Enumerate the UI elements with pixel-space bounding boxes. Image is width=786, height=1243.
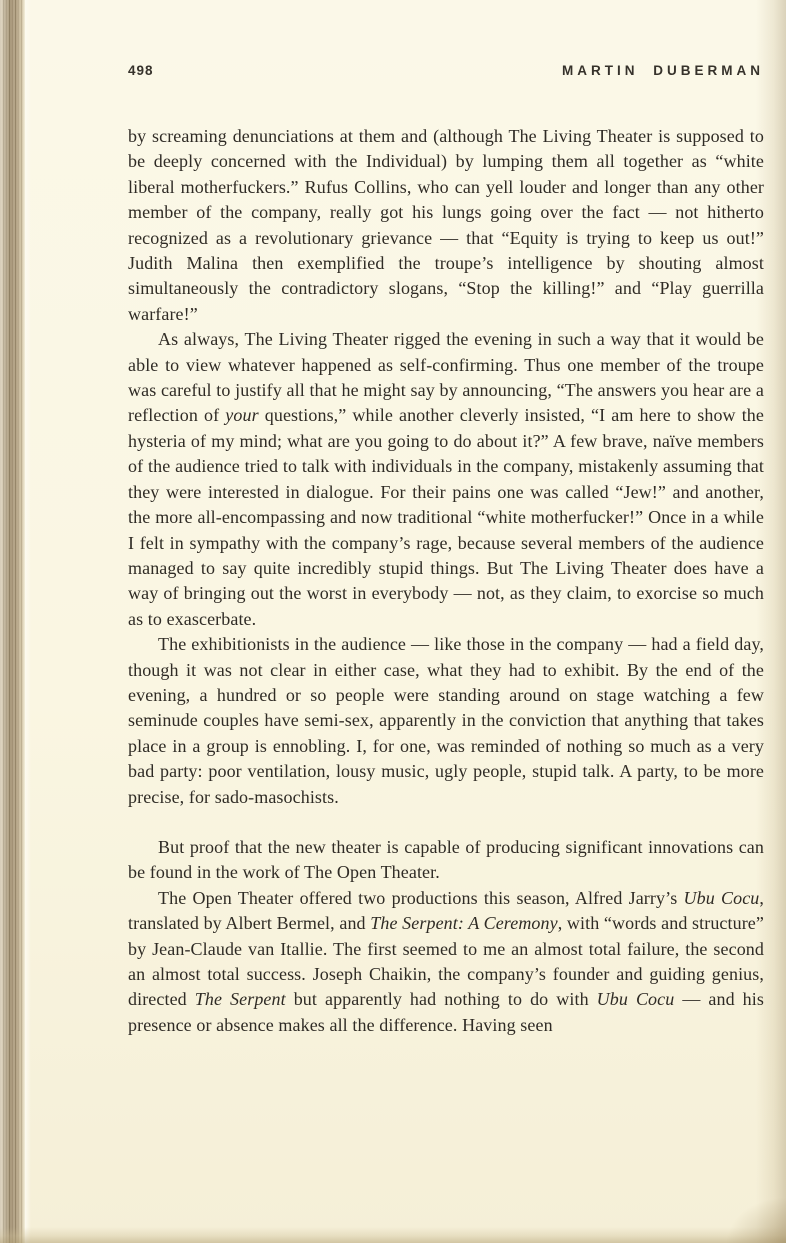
page-bottom-corner-shadow bbox=[726, 1197, 786, 1243]
running-header-author: MARTIN DUBERMAN bbox=[562, 63, 764, 78]
page-bottom-edge bbox=[0, 1227, 786, 1243]
page-body: by screaming denunciations at them and (… bbox=[128, 124, 764, 1038]
italic-text-segment: Ubu Cocu bbox=[684, 888, 760, 908]
binding-highlight bbox=[25, 0, 31, 1243]
text-segment: The exhibitionists in the audience — lik… bbox=[128, 634, 764, 806]
running-head: 498 MARTIN DUBERMAN bbox=[128, 63, 764, 78]
text-segment: by screaming denunciations at them and (… bbox=[128, 126, 764, 324]
paragraph: But proof that the new theater is capabl… bbox=[128, 835, 764, 886]
text-segment: The Open Theater offered two productions… bbox=[158, 888, 684, 908]
paragraph: As always, The Living Theater rigged the… bbox=[128, 327, 764, 632]
book-page-scan: 498 MARTIN DUBERMAN by screaming denunci… bbox=[0, 0, 786, 1243]
paragraph: by screaming denunciations at them and (… bbox=[128, 124, 764, 327]
page-content: 498 MARTIN DUBERMAN by screaming denunci… bbox=[128, 63, 764, 1038]
text-segment: But proof that the new theater is capabl… bbox=[128, 837, 764, 882]
italic-text-segment: The Serpent bbox=[195, 989, 286, 1009]
page-number: 498 bbox=[128, 63, 154, 78]
text-segment: questions,” while another cleverly insis… bbox=[128, 405, 764, 628]
paragraph: The Open Theater offered two productions… bbox=[128, 886, 764, 1038]
text-segment: but apparently had nothing to do with bbox=[286, 989, 597, 1009]
book-binding-edge bbox=[0, 0, 25, 1243]
italic-text-segment: Ubu Cocu bbox=[597, 989, 675, 1009]
paragraph: The exhibitionists in the audience — lik… bbox=[128, 632, 764, 810]
italic-text-segment: your bbox=[225, 405, 258, 425]
italic-text-segment: The Serpent: A Ceremony bbox=[370, 913, 557, 933]
